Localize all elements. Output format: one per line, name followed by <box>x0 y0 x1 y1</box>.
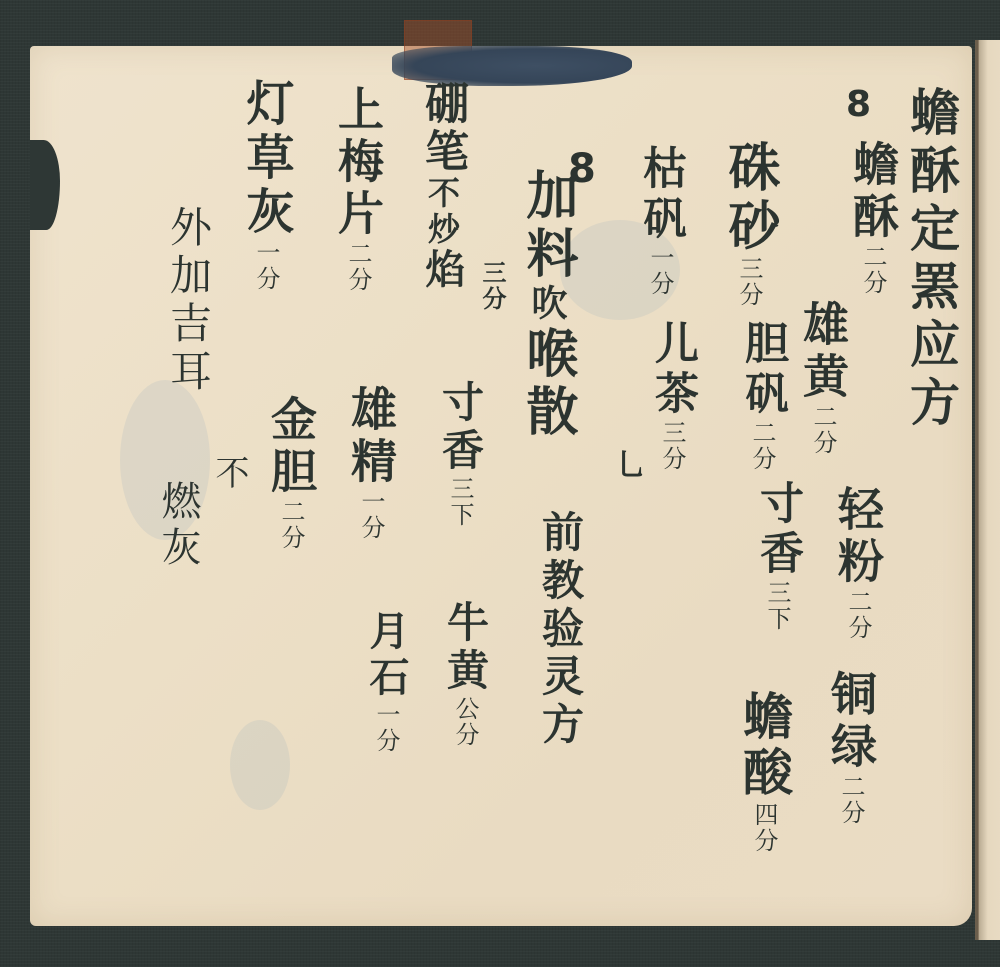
recipe-1-marker: 8 <box>846 84 871 125</box>
column-2c: 轻粉二分 <box>825 485 891 641</box>
torn-corner <box>30 140 60 230</box>
ingredient-ercha: 儿 <box>647 320 698 370</box>
ingredient-shangmeipian: 上 <box>331 85 385 137</box>
qty: 一分 <box>646 245 674 297</box>
recipe-2-title: 加料吹喉散 <box>510 168 585 442</box>
qty: 二分 <box>844 589 872 641</box>
qty: 三下 <box>446 476 474 528</box>
qty: 二分 <box>837 774 865 826</box>
column-2b: 雄黄二分 <box>790 300 856 456</box>
column-4: 枯矾一分 <box>628 145 692 297</box>
ingredient-yueshi: 月 <box>363 610 410 656</box>
column-7b: 雄精一分 <box>338 385 404 541</box>
ingredient-kufan: 枯 <box>635 145 686 195</box>
qty: 一分 <box>357 489 385 541</box>
qty: 公分 <box>451 696 479 748</box>
column-9-aside: 不 <box>205 455 254 495</box>
check-tick: 乚 <box>616 440 646 484</box>
ingredient-danfan: 胆 <box>737 320 788 370</box>
qty: 一分 <box>252 240 280 292</box>
ingredient-cunxiang-2: 寸 <box>436 380 485 428</box>
ingredient-tonglv: 铜 <box>824 670 878 722</box>
qty: 四分 <box>750 802 778 854</box>
column-7c: 月石一分 <box>358 610 415 754</box>
title-text: 蟾酥定罴应方 <box>902 86 961 434</box>
ingredient-niuhuang: 牛 <box>441 600 490 648</box>
column-9-note: 外加吉耳 <box>158 205 218 397</box>
ingredient-pengsha: 硼 <box>417 80 468 128</box>
column-9-end: 燃灰 <box>150 480 207 572</box>
ingredient-xionghuang: 雄 <box>796 300 850 352</box>
adjacent-page-edge <box>978 40 1000 940</box>
column-8: 灯草灰一分 <box>232 78 301 292</box>
qty: 二分 <box>809 404 837 456</box>
ingredient-jindan: 金 <box>264 395 318 447</box>
column-6c: 牛黄公分 <box>435 600 495 748</box>
column-6: 硼笔不炒焰 <box>410 80 474 292</box>
ingredient-chansuan: 蟾 <box>735 690 794 746</box>
column-4b: 儿茶三分 <box>640 320 704 472</box>
column-3b: 胆矾二分 <box>730 320 794 472</box>
ingredient-xiongjing: 雄 <box>344 385 398 437</box>
qty: 三分 <box>658 420 686 472</box>
qty-pengsha: 三分 <box>475 260 510 312</box>
qty: 二分 <box>344 241 372 293</box>
qty: 二分 <box>859 244 887 296</box>
column-6b: 寸香三下 <box>430 380 490 528</box>
column-7: 上梅片二分 <box>325 85 391 293</box>
ingredient-cunxiang: 寸 <box>752 480 803 530</box>
qty: 二分 <box>748 420 776 472</box>
ingredient-qingfen: 轻 <box>831 485 885 537</box>
qty: 一分 <box>372 702 400 754</box>
ingredient-chanshu: 蟾 <box>846 140 900 192</box>
column-2d: 铜绿二分 <box>818 670 884 826</box>
column-8b: 金胆二分 <box>258 395 324 551</box>
binding-fold <box>975 40 978 940</box>
qty: 二分 <box>277 499 305 551</box>
ingredient-zhusha: 硃 <box>719 140 780 198</box>
column-3c: 寸香三下 <box>745 480 809 632</box>
ingredient-dengcaohui: 灯 <box>238 78 294 132</box>
water-stain <box>230 720 290 810</box>
qty: 三分 <box>735 256 763 308</box>
column-3d: 蟾酸四分 <box>728 690 800 854</box>
qty: 三下 <box>763 580 791 632</box>
column-2: 蟾酥二分 <box>840 140 906 296</box>
column-3: 硃砂三分 <box>712 140 787 308</box>
recipe-2-subtitle: 前教验灵方 <box>530 510 590 750</box>
